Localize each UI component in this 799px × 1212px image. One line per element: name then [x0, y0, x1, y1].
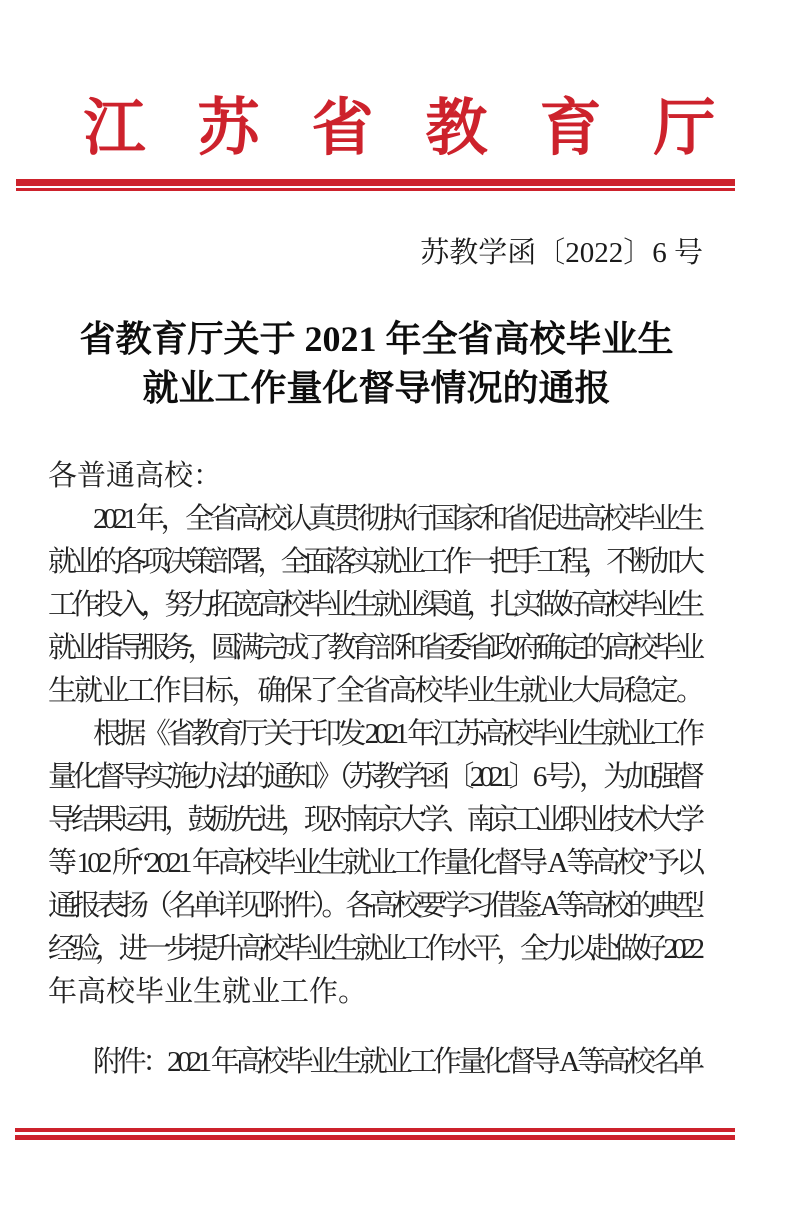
paragraph-2-line-2: 量化督导实施办法的通知》（苏教学函〔2021〕6 号），为加强督 [48, 756, 705, 799]
salutation-line: 各普通高校： [48, 455, 705, 498]
paragraph-2-line-7: 年高校毕业生就业工作。 [48, 971, 705, 1014]
agency-letterhead: 江苏省教育厅 [0, 0, 799, 164]
paragraph-2-line-1: 根据《省教育厅关于印发 2021 年江苏高校毕业生就业工作 [48, 713, 705, 756]
document-title-line-2: 就业工作量化督导情况的通报 [48, 364, 705, 413]
footer-rule-thick-line [15, 1135, 735, 1140]
paragraph-1-line-2: 就业的各项决策部署，全面落实就业工作一把手工程，不断加大 [48, 541, 705, 584]
document-title: 省教育厅关于 2021 年全省高校毕业生 就业工作量化督导情况的通报 [48, 315, 705, 413]
paragraph-1-line-3: 工作投入，努力拓宽高校毕业生就业渠道，扎实做好高校毕业生 [48, 584, 705, 627]
paragraph-2-line-4: 等 102 所“2021 年高校毕业生就业工作量化督导 A 等高校”予以 [48, 842, 705, 885]
header-double-rule [16, 179, 735, 191]
agency-name: 江苏省教育厅 [83, 95, 767, 163]
paragraph-1-line-4: 就业指导服务，圆满完成了教育部和省委省政府确定的高校毕业 [48, 627, 705, 670]
footer-double-rule [15, 1128, 735, 1140]
paragraph-1-line-5: 生就业工作目标，确保了全省高校毕业生就业大局稳定。 [48, 670, 705, 713]
header-rule-thick-line [16, 179, 735, 186]
attachment-line: 附件：2021 年高校毕业生就业工作量化督导 A 等高校名单 [48, 1041, 705, 1084]
paragraph-2: 根据《省教育厅关于印发 2021 年江苏高校毕业生就业工作 量化督导实施办法的通… [48, 713, 705, 1014]
paragraph-1-line-1: 2021 年，全省高校认真贯彻执行国家和省促进高校毕业生 [48, 498, 705, 541]
paragraph-2-line-5: 通报表扬（名单详见附件）。各高校要学习借鉴 A 等高校的典型 [48, 885, 705, 928]
paragraph-2-line-6: 经验，进一步提升高校毕业生就业工作水平，全力以赴做好 2022 [48, 928, 705, 971]
document-body: 各普通高校： 2021 年，全省高校认真贯彻执行国家和省促进高校毕业生 就业的各… [48, 455, 705, 1084]
paragraph-2-line-3: 导结果运用，鼓励先进，现对南京大学、南京工业职业技术大学 [48, 799, 705, 842]
header-rule-thin-line [16, 188, 735, 191]
footer-rule-thin-line [15, 1128, 735, 1132]
document-title-line-1: 省教育厅关于 2021 年全省高校毕业生 [48, 315, 705, 364]
official-document-page: 江苏省教育厅 苏教学函〔2022〕6 号 省教育厅关于 2021 年全省高校毕业… [0, 0, 799, 1212]
document-number: 苏教学函〔2022〕6 号 [0, 231, 799, 275]
paragraph-1: 2021 年，全省高校认真贯彻执行国家和省促进高校毕业生 就业的各项决策部署，全… [48, 498, 705, 713]
